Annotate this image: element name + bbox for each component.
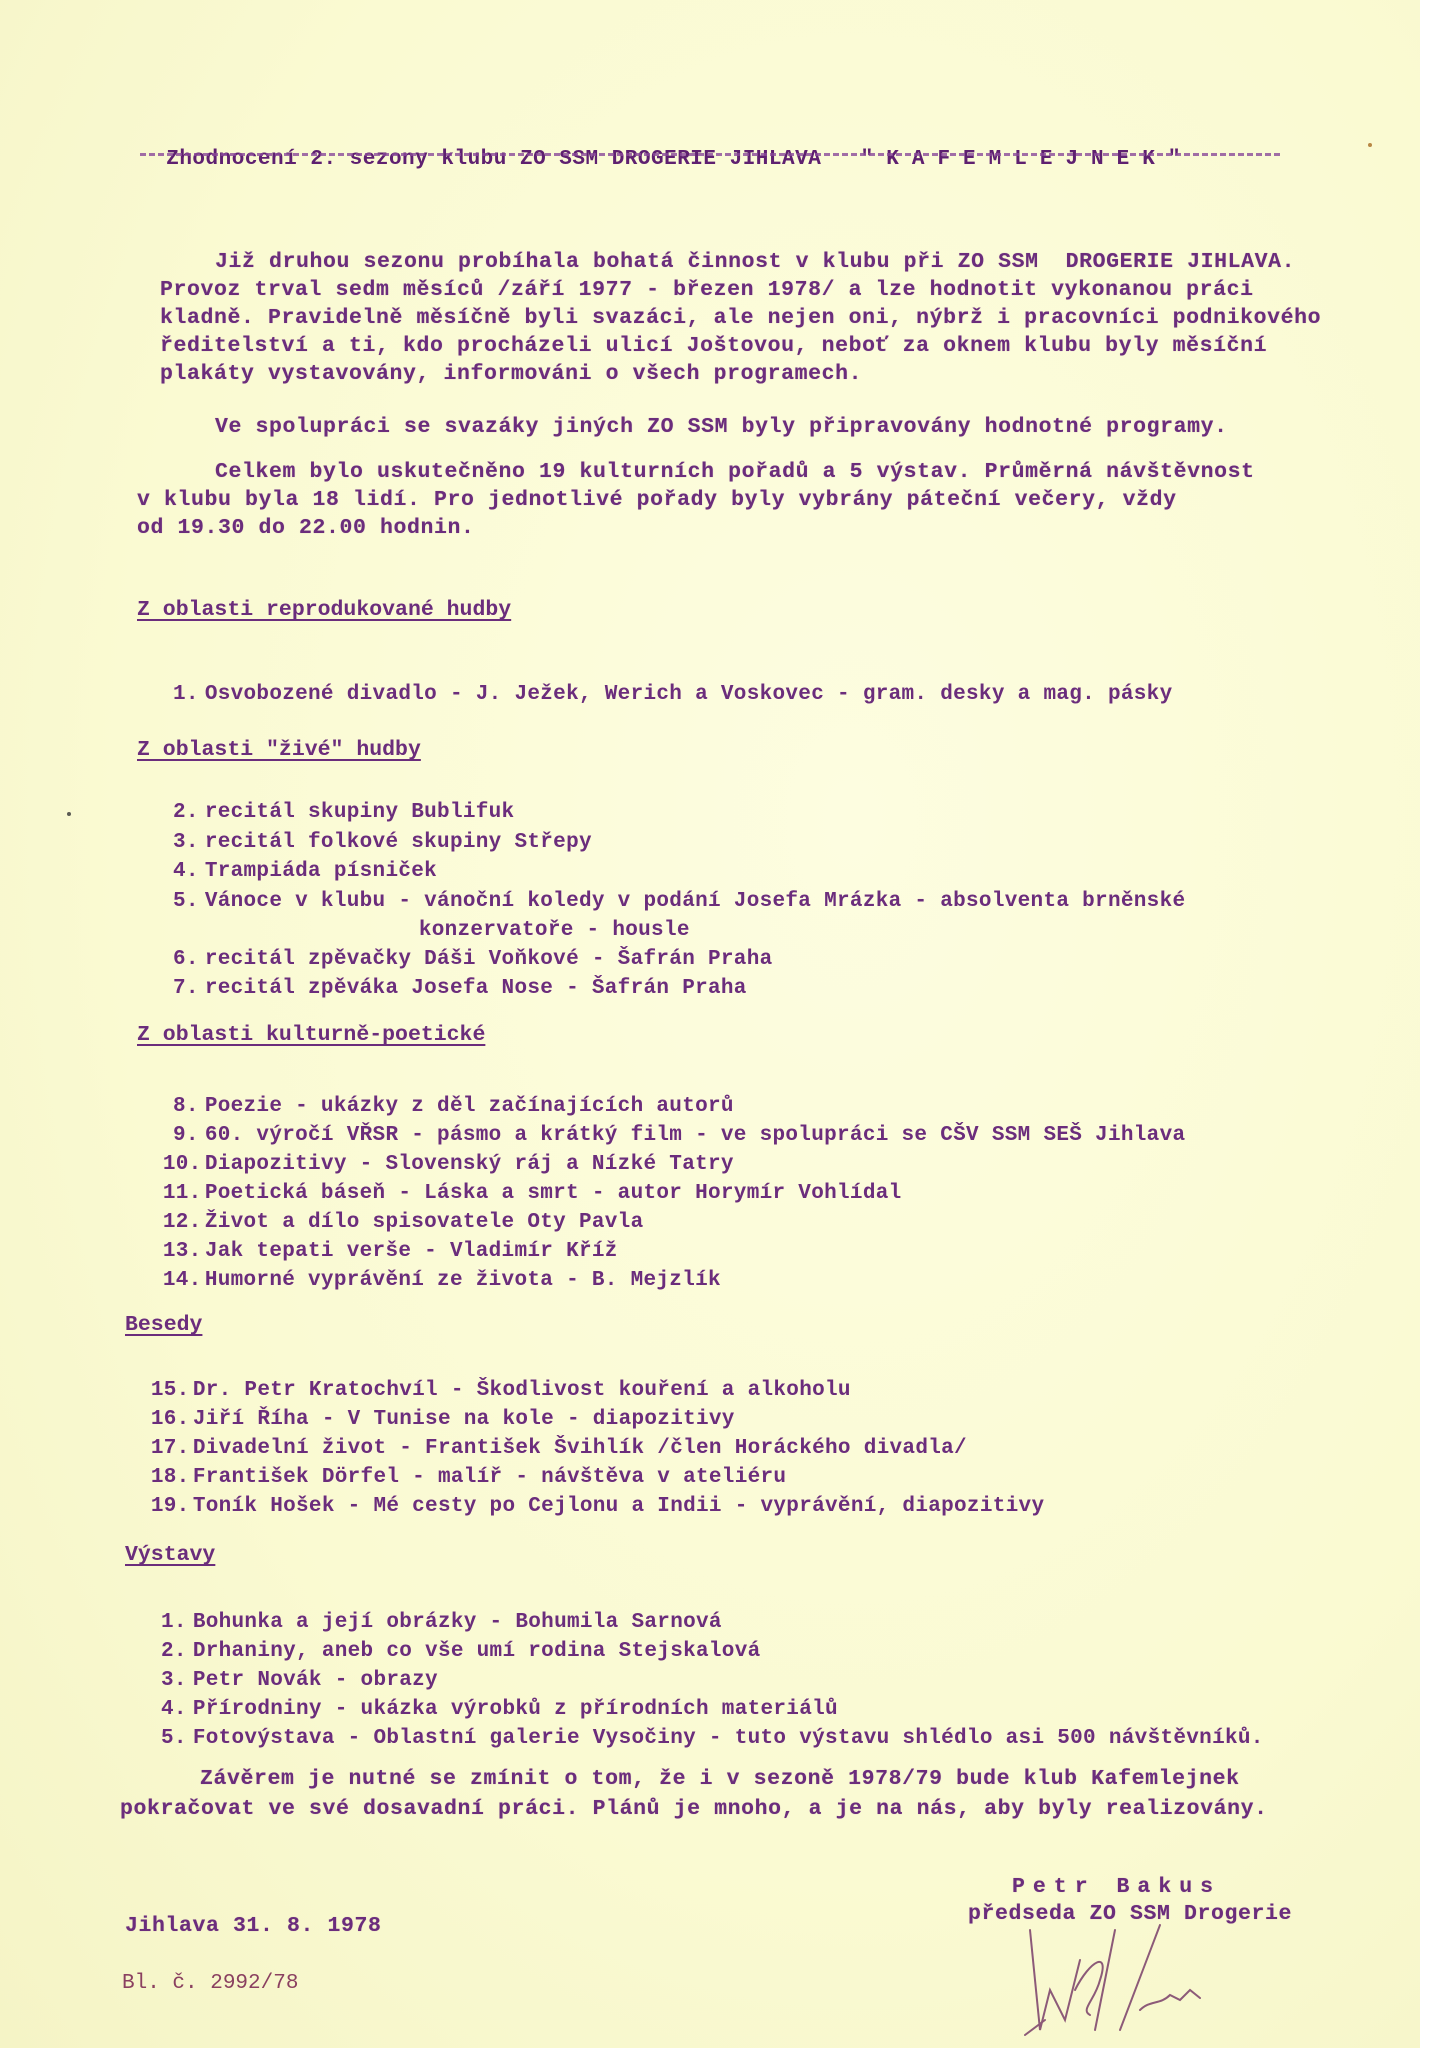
conclusion-line: Závěrem je nutné se zmínit o tom, že i v…: [200, 1765, 1240, 1793]
intro-line: Již druhou sezonu probíhala bohatá činno…: [215, 248, 1295, 276]
item-number: 1.: [163, 683, 199, 706]
exhibition-item: 5.Fotovýstava - Oblastní galerie Vysočin…: [125, 1704, 1264, 1750]
place-date: Jihlava 31. 8. 1978: [125, 1912, 382, 1940]
section-heading-live-music: Z oblasti "živé" hudby: [137, 738, 421, 762]
summary-line: Celkem bylo uskutečněno 19 kulturních po…: [215, 458, 1255, 486]
item-text: Fotovýstava - Oblastní galerie Vysočiny …: [193, 1727, 1264, 1750]
club-name: "KAFEMLEJNEK": [861, 148, 1194, 171]
item-number: 5.: [151, 1727, 187, 1750]
paper-speck: [67, 812, 71, 816]
section-heading-talks: Besedy: [125, 1313, 202, 1337]
program-item: 7.recitál zpěváka Josefa Nose - Šafrán P…: [137, 954, 747, 1000]
item-text: recitál zpěváka Josefa Nose - Šafrán Pra…: [205, 977, 747, 1000]
item-text: Humorné vyprávění ze života - B. Mejzlík: [205, 1269, 721, 1292]
intro-line: Provoz trval sedm měsíců /září 1977 - bř…: [160, 276, 1254, 304]
program-item: 19.Toník Hošek - Mé cesty po Cejlonu a I…: [125, 1472, 1044, 1518]
scan-edge: [1420, 0, 1442, 2048]
summary-line: od 19.30 do 22.00 hodnin.: [137, 514, 475, 542]
item-number: 7.: [163, 977, 199, 1000]
item-number: 19.: [151, 1495, 187, 1518]
program-item: 14.Humorné vyprávění ze života - B. Mejz…: [137, 1246, 721, 1292]
section-heading-reproduced-music: Z oblasti reprodukované hudby: [137, 598, 511, 622]
item-text: Osvobozené divadlo - J. Ježek, Werich a …: [205, 683, 1173, 706]
item-number: 14.: [163, 1269, 199, 1292]
cooperation-paragraph: Ve spolupráci se svazáky jiných ZO SSM b…: [215, 413, 1228, 441]
item-number: 5.: [163, 890, 199, 913]
intro-line: kladně. Pravidelně měsíčně byli svazáci,…: [160, 304, 1321, 332]
paper-speck: [1368, 143, 1372, 147]
section-heading-exhibitions: Výstavy: [125, 1543, 215, 1567]
signatory-name: Petr Bakus: [1012, 1873, 1221, 1901]
title-underline: [140, 153, 1280, 156]
item-text: Toník Hošek - Mé cesty po Cejlonu a Indi…: [193, 1495, 1045, 1518]
intro-line: plakáty vystavovány, informováni o všech…: [160, 360, 862, 388]
intro-line: ředitelství a ti, kdo procházeli ulicí J…: [160, 332, 1267, 360]
document-title: Zhodnocení 2. sezony klubu ZO SSM DROGER…: [140, 125, 1193, 171]
conclusion-line: pokračovat ve své dosavadní práci. Plánů…: [120, 1795, 1268, 1823]
handwritten-signature: [1020, 1920, 1260, 2040]
program-item: 1.Osvobozené divadlo - J. Ježek, Werich …: [137, 660, 1172, 706]
item-text: Vánoce v klubu - vánoční koledy v podání…: [205, 890, 1186, 913]
title-prefix: Zhodnocení 2. sezony klubu ZO SSM DROGER…: [166, 148, 821, 171]
section-heading-cultural-poetic: Z oblasti kulturně-poetické: [137, 1023, 485, 1047]
summary-line: v klubu byla 18 lidí. Pro jednotlivé poř…: [137, 486, 1177, 514]
reference-number: Bl. č. 2992/78: [122, 1972, 298, 1995]
